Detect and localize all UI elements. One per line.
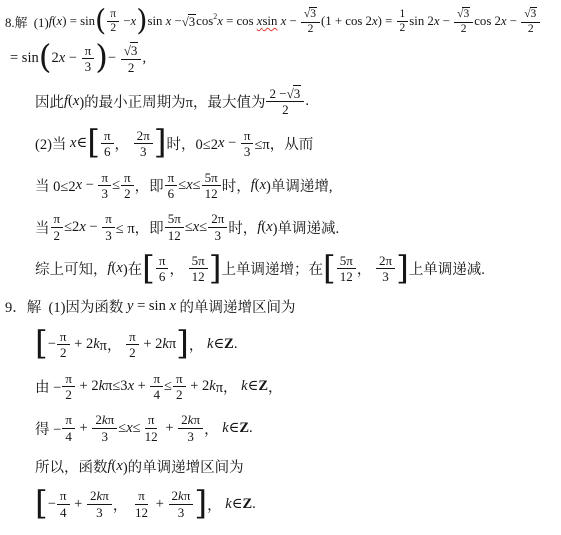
fraction-numerator: √3 bbox=[454, 7, 473, 23]
fraction: π4 bbox=[57, 488, 70, 520]
fraction: 2π3 bbox=[134, 128, 153, 160]
math-solution-document: 8.解 (1)f(x) = sin(π2 −x)sin x −√3cos2x =… bbox=[0, 0, 561, 520]
big-bracket: ] bbox=[176, 330, 189, 357]
fraction: π3 bbox=[82, 43, 95, 75]
math-text: cos bbox=[196, 14, 213, 29]
fraction-numerator: π bbox=[98, 170, 111, 186]
fraction-denominator: 12 bbox=[202, 186, 221, 201]
fraction-numerator: 1 bbox=[397, 8, 409, 23]
radicand: 3 bbox=[309, 7, 317, 22]
big-bracket: ] bbox=[154, 129, 167, 156]
fraction: π2 bbox=[57, 329, 70, 361]
fraction-denominator: 2 bbox=[125, 60, 138, 75]
math-text: ∈ bbox=[248, 378, 259, 395]
p9-base-interval: [−π2 + 2kπ， π2 + 2kπ]， k∈Z. bbox=[5, 329, 559, 361]
fraction-numerator: π bbox=[101, 128, 114, 144]
math-text: 当 bbox=[35, 217, 50, 238]
fraction-numerator: 2kπ bbox=[87, 488, 112, 504]
fraction-denominator: 2 bbox=[121, 186, 134, 201]
fraction-denominator: 12 bbox=[189, 269, 208, 284]
fraction-numerator: √3 bbox=[121, 42, 142, 59]
fraction: π3 bbox=[98, 170, 111, 202]
math-text: π≤3 bbox=[105, 378, 128, 395]
fraction: π6 bbox=[156, 253, 169, 285]
math-variable: k bbox=[102, 412, 108, 427]
math-text: ≤π，从而 bbox=[254, 133, 313, 154]
superscript: 2 bbox=[213, 12, 217, 21]
fraction: π4 bbox=[62, 412, 75, 444]
math-text: + bbox=[162, 420, 177, 437]
fraction: π2 bbox=[173, 371, 186, 403]
math-text: π， bbox=[216, 376, 241, 397]
math-text: − bbox=[108, 50, 120, 67]
math-text: ≤ bbox=[178, 177, 186, 194]
math-text: )的最小正周期为π，最大值为 bbox=[79, 91, 265, 112]
fraction-numerator: 2π bbox=[134, 128, 153, 144]
fraction-denominator: 2 bbox=[279, 102, 292, 117]
fraction: π2 bbox=[121, 170, 134, 202]
math-text: ≤ bbox=[185, 219, 193, 236]
fraction-denominator: 6 bbox=[165, 186, 178, 201]
fraction-numerator: √3 bbox=[521, 7, 540, 23]
math-text: ， bbox=[115, 133, 133, 154]
math-text: + 2 bbox=[187, 378, 210, 395]
fraction-denominator: 3 bbox=[99, 186, 112, 201]
math-variable: k bbox=[96, 488, 102, 503]
fraction: π2 bbox=[62, 371, 75, 403]
math-text: ， bbox=[268, 376, 283, 397]
fraction: π6 bbox=[101, 128, 114, 160]
math-text: (2)当 bbox=[35, 133, 70, 154]
fraction-numerator: 5π bbox=[165, 211, 184, 227]
math-text: ， bbox=[207, 494, 225, 515]
math-text: − bbox=[120, 14, 130, 29]
math-text: + bbox=[71, 496, 86, 513]
fraction-denominator: 2 bbox=[305, 23, 317, 37]
fraction-numerator: π bbox=[102, 211, 115, 227]
math-text: 所以，函数 bbox=[35, 456, 108, 477]
fraction-denominator: 2 bbox=[397, 22, 409, 36]
fraction-denominator: 2 bbox=[62, 387, 75, 402]
math-text: 9．解 (1)因为函数 bbox=[5, 296, 127, 317]
big-bracket: ] bbox=[209, 255, 222, 282]
fraction-denominator: 2 bbox=[126, 345, 139, 360]
math-text: )单调递减. bbox=[273, 217, 339, 238]
fraction-denominator: 3 bbox=[99, 429, 112, 444]
big-bracket: ) bbox=[95, 44, 108, 71]
big-bracket: ] bbox=[396, 255, 409, 282]
bold-symbol: Z bbox=[258, 378, 268, 395]
fraction-numerator: 5π bbox=[337, 253, 356, 269]
big-bracket: ( bbox=[95, 9, 106, 33]
fraction-numerator: π bbox=[241, 128, 254, 144]
math-text: + 2 bbox=[76, 378, 99, 395]
fraction-denominator: 6 bbox=[101, 144, 114, 159]
fraction: π3 bbox=[241, 128, 254, 160]
fraction: √32 bbox=[454, 7, 473, 36]
fraction: √32 bbox=[121, 42, 142, 75]
math-text: + bbox=[76, 420, 91, 437]
big-bracket: ) bbox=[136, 9, 147, 33]
fraction: 2kπ3 bbox=[169, 488, 194, 520]
math-text: + 2 bbox=[71, 336, 94, 353]
fraction: 5π12 bbox=[337, 253, 356, 285]
math-text: ， bbox=[189, 334, 207, 355]
p8-increasing: 当 0≤2x − π3≤π2，即π6≤x≤5π12时，f(x)单调递增, bbox=[5, 170, 559, 202]
fraction: 2kπ3 bbox=[92, 412, 117, 444]
fraction: √32 bbox=[301, 7, 320, 36]
spellcheck-wavy-underline: sin bbox=[262, 14, 277, 29]
fraction: π12 bbox=[142, 412, 161, 444]
math-text: ≤ bbox=[164, 378, 172, 395]
fraction-denominator: 2 bbox=[57, 345, 70, 360]
math-text: ， bbox=[113, 494, 131, 515]
square-root: √3 bbox=[182, 14, 196, 30]
radicand: 3 bbox=[293, 85, 302, 101]
p8-decreasing: 当π2≤2x − π3≤ π，即5π12≤x≤2π3时，f(x)单调递减. bbox=[5, 211, 559, 243]
fraction: 2π3 bbox=[376, 253, 395, 285]
fraction-denominator: 2 bbox=[51, 228, 64, 243]
fraction-numerator: π bbox=[62, 412, 75, 428]
math-text: 的单调递增区间为 bbox=[176, 296, 296, 317]
fraction-denominator: 3 bbox=[102, 228, 115, 243]
math-text: . bbox=[249, 420, 253, 437]
p8-conclusion: 综上可知，f(x)在[π6， 5π12]上单调递增；在[5π12， 2π3]上单… bbox=[5, 253, 559, 285]
math-text: − bbox=[86, 219, 101, 236]
math-text: ∈ bbox=[229, 420, 240, 437]
fraction: π2 bbox=[107, 8, 119, 36]
math-text: 时，0≤2 bbox=[167, 133, 218, 154]
math-text: = sin bbox=[133, 298, 169, 315]
math-text: ≤ bbox=[112, 177, 120, 194]
fraction-numerator: 2kπ bbox=[178, 412, 203, 428]
math-text: − bbox=[286, 14, 300, 29]
math-text: − bbox=[224, 135, 239, 152]
math-text: − bbox=[48, 496, 56, 513]
math-text: − bbox=[171, 14, 181, 29]
math-text: (1 + cos 2 bbox=[321, 14, 372, 29]
math-text: sin 2 bbox=[409, 14, 434, 29]
math-text: 2 bbox=[51, 50, 58, 67]
fraction-denominator: 3 bbox=[241, 144, 254, 159]
fraction-numerator: π bbox=[165, 170, 178, 186]
p9-solve: 得 −π4 + 2kπ3≤x≤π12 + 2kπ3， k∈Z. bbox=[5, 412, 559, 444]
math-text: ， bbox=[204, 418, 222, 439]
big-bracket: ( bbox=[39, 44, 52, 71]
math-text: sin bbox=[147, 14, 165, 29]
math-text: . bbox=[234, 336, 238, 353]
fraction: 2π3 bbox=[208, 211, 227, 243]
math-text: ，即 bbox=[135, 175, 164, 196]
math-text: )的单调递增区间为 bbox=[123, 456, 244, 477]
fraction-denominator: 12 bbox=[142, 429, 161, 444]
fraction: π2 bbox=[126, 329, 139, 361]
fraction: π12 bbox=[132, 488, 151, 520]
fraction: π4 bbox=[150, 371, 163, 403]
math-text: )在 bbox=[123, 258, 142, 279]
fraction: 12 bbox=[397, 8, 409, 36]
fraction-numerator: π bbox=[126, 329, 139, 345]
p8-step1: 8.解 (1)f(x) = sin(π2 −x)sin x −√3cos2x =… bbox=[5, 7, 559, 36]
math-text: 上单调递减. bbox=[409, 258, 485, 279]
fraction-denominator: 3 bbox=[379, 269, 392, 284]
math-text: 当 0≤2 bbox=[35, 175, 76, 196]
bold-symbol: Z bbox=[239, 420, 249, 437]
math-text: . bbox=[252, 496, 256, 513]
fraction: π6 bbox=[165, 170, 178, 202]
math-text: 时， bbox=[228, 217, 257, 238]
radicand: 3 bbox=[130, 42, 139, 58]
math-text: 8.解 (1) bbox=[5, 12, 49, 31]
fraction-denominator: 3 bbox=[175, 505, 188, 520]
fraction-denominator: 12 bbox=[165, 228, 184, 243]
math-text: ， bbox=[169, 258, 187, 279]
big-bracket: [ bbox=[35, 490, 48, 517]
fraction: 5π12 bbox=[189, 253, 208, 285]
math-text: 因此 bbox=[35, 91, 64, 112]
math-variable: k bbox=[178, 488, 184, 503]
fraction-numerator: π bbox=[51, 211, 64, 227]
math-text: − bbox=[65, 50, 80, 67]
math-text: π， bbox=[100, 334, 125, 355]
fraction-denominator: 3 bbox=[211, 228, 224, 243]
fraction-denominator: 4 bbox=[150, 387, 163, 402]
bold-symbol: Z bbox=[224, 336, 234, 353]
math-text: ≤ π，即 bbox=[116, 217, 164, 238]
fraction-denominator: 4 bbox=[57, 505, 70, 520]
math-text: 由 − bbox=[35, 376, 61, 397]
math-text: 上单调递增；在 bbox=[221, 258, 323, 279]
fraction-numerator: π bbox=[145, 412, 158, 428]
fraction-numerator: π bbox=[121, 170, 134, 186]
bold-symbol: Z bbox=[242, 496, 252, 513]
math-text: − bbox=[507, 14, 521, 29]
fraction-numerator: π bbox=[107, 8, 119, 23]
math-text: ≤ bbox=[193, 177, 201, 194]
math-text: − bbox=[82, 177, 97, 194]
fraction-denominator: 12 bbox=[132, 505, 151, 520]
p9-conclusion-text: 所以，函数f(x)的单调递增区间为 bbox=[5, 454, 559, 478]
math-text: − bbox=[440, 14, 454, 29]
fraction-numerator: π bbox=[62, 371, 75, 387]
fraction: 2 − √32 bbox=[266, 85, 304, 118]
fraction-numerator: π bbox=[173, 371, 186, 387]
fraction-numerator: π bbox=[82, 43, 95, 59]
big-bracket: [ bbox=[323, 255, 336, 282]
fraction-numerator: 2kπ bbox=[169, 488, 194, 504]
math-text: ≤2 bbox=[64, 219, 79, 236]
fraction-numerator: π bbox=[135, 488, 148, 504]
math-text: . bbox=[305, 93, 309, 110]
math-text: + bbox=[134, 378, 149, 395]
math-text: − bbox=[48, 336, 56, 353]
p8-period-max: 因此f(x)的最小正周期为π，最大值为2 − √32. bbox=[5, 85, 559, 118]
math-text: ， bbox=[357, 258, 375, 279]
math-text: 综上可知， bbox=[35, 258, 108, 279]
fraction: 5π12 bbox=[165, 211, 184, 243]
math-text: + bbox=[152, 496, 167, 513]
fraction-denominator: 3 bbox=[82, 59, 95, 74]
fraction-numerator: 2 − √3 bbox=[266, 85, 304, 102]
math-text: ∈ bbox=[76, 135, 87, 152]
p8-step2: = sin(2x − π3)− √32, bbox=[5, 42, 559, 75]
fraction-numerator: π bbox=[156, 253, 169, 269]
math-text: 时， bbox=[222, 175, 251, 196]
fraction-numerator: π bbox=[57, 329, 70, 345]
p8-part2-domain: (2)当 x∈[π6， 2π3]时，0≤2x − π3≤π，从而 bbox=[5, 128, 559, 160]
radicand: 3 bbox=[530, 7, 538, 22]
fraction-denominator: 3 bbox=[184, 429, 197, 444]
fraction-numerator: √3 bbox=[301, 7, 320, 23]
math-text: ) = sin bbox=[62, 14, 95, 29]
radicand: 3 bbox=[462, 7, 470, 22]
fraction: 2kπ3 bbox=[87, 488, 112, 520]
fraction-numerator: 5π bbox=[189, 253, 208, 269]
fraction-denominator: 3 bbox=[137, 144, 150, 159]
math-text: ∈ bbox=[232, 496, 243, 513]
fraction-denominator: 2 bbox=[173, 387, 186, 402]
fraction-denominator: 2 bbox=[107, 22, 119, 36]
fraction-numerator: 2π bbox=[376, 253, 395, 269]
math-text: 得 − bbox=[35, 418, 61, 439]
math-text: )单调递增, bbox=[266, 175, 332, 196]
big-bracket: [ bbox=[87, 129, 100, 156]
math-text: , bbox=[142, 50, 146, 67]
radicand: 3 bbox=[188, 14, 196, 30]
math-text: ) = bbox=[378, 14, 396, 29]
math-text: + 2 bbox=[140, 336, 163, 353]
big-bracket: ] bbox=[194, 490, 207, 517]
fraction: π3 bbox=[102, 211, 115, 243]
math-text: = cos bbox=[223, 14, 257, 29]
fraction: 5π12 bbox=[202, 170, 221, 202]
fraction-denominator: 3 bbox=[93, 505, 106, 520]
math-variable: k bbox=[188, 412, 194, 427]
fraction-denominator: 12 bbox=[337, 269, 356, 284]
math-text: ≤ bbox=[133, 420, 141, 437]
math-text: π bbox=[169, 336, 176, 353]
math-text: cos 2 bbox=[474, 14, 501, 29]
p9-step1: 9．解 (1)因为函数 y = sin x 的单调递增区间为 bbox=[5, 295, 559, 319]
fraction-denominator: 2 bbox=[458, 23, 470, 37]
fraction-denominator: 4 bbox=[62, 429, 75, 444]
fraction: √32 bbox=[521, 7, 540, 36]
p9-inequality: 由 −π2 + 2kπ≤3x + π4≤π2 + 2kπ， k∈Z， bbox=[5, 371, 559, 403]
fraction-numerator: 5π bbox=[202, 170, 221, 186]
fraction: π2 bbox=[51, 211, 64, 243]
big-bracket: [ bbox=[142, 255, 155, 282]
fraction-numerator: 2kπ bbox=[92, 412, 117, 428]
fraction-denominator: 6 bbox=[156, 269, 169, 284]
fraction-denominator: 2 bbox=[525, 23, 537, 37]
fraction: 2kπ3 bbox=[178, 412, 203, 444]
math-text: ≤ bbox=[199, 219, 207, 236]
math-text: = sin bbox=[10, 50, 39, 67]
big-bracket: [ bbox=[35, 330, 48, 357]
fraction-numerator: π bbox=[57, 488, 70, 504]
fraction-numerator: 2π bbox=[208, 211, 227, 227]
math-text: ∈ bbox=[213, 336, 224, 353]
fraction-numerator: π bbox=[150, 371, 163, 387]
p9-final-interval: [−π4 + 2kπ3， π12 + 2kπ3]， k∈Z. bbox=[5, 488, 559, 520]
